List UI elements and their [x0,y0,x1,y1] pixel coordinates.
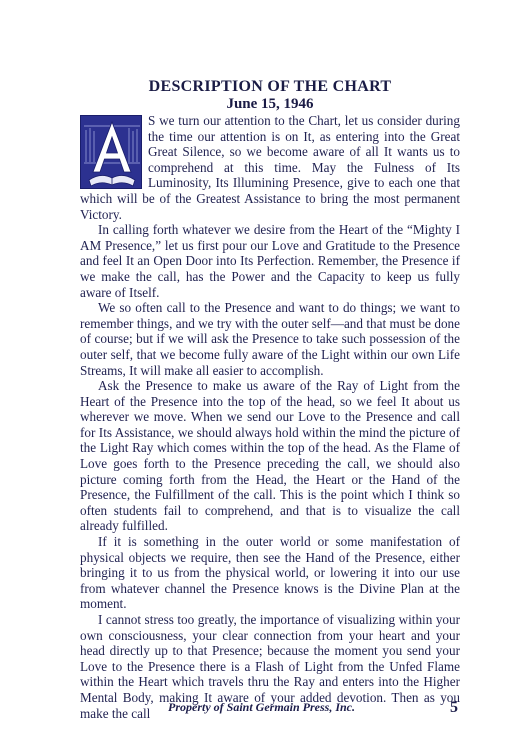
page-footer: Property of Saint Germain Press, Inc. 5 [80,700,460,720]
paragraph-4: Ask the Presence to make us aware of the… [80,378,460,534]
footer-copyright: Property of Saint Germain Press, Inc. [168,700,355,715]
page-number: 5 [450,699,458,717]
paragraph-5: If it is something in the outer world or… [80,534,460,612]
page-date: June 15, 1946 [80,96,460,113]
dropcap-svg [81,116,142,189]
illuminated-letter-a-icon [80,115,142,189]
paragraph-2: In calling forth whatever we desire from… [80,222,460,300]
page-content: DESCRIPTION OF THE CHART June 15, 1946 [80,78,460,721]
article-body: S we turn our attention to the Chart, le… [80,113,460,721]
page-title: DESCRIPTION OF THE CHART [80,78,460,96]
paragraph-3: We so often call to the Presence and wan… [80,300,460,378]
